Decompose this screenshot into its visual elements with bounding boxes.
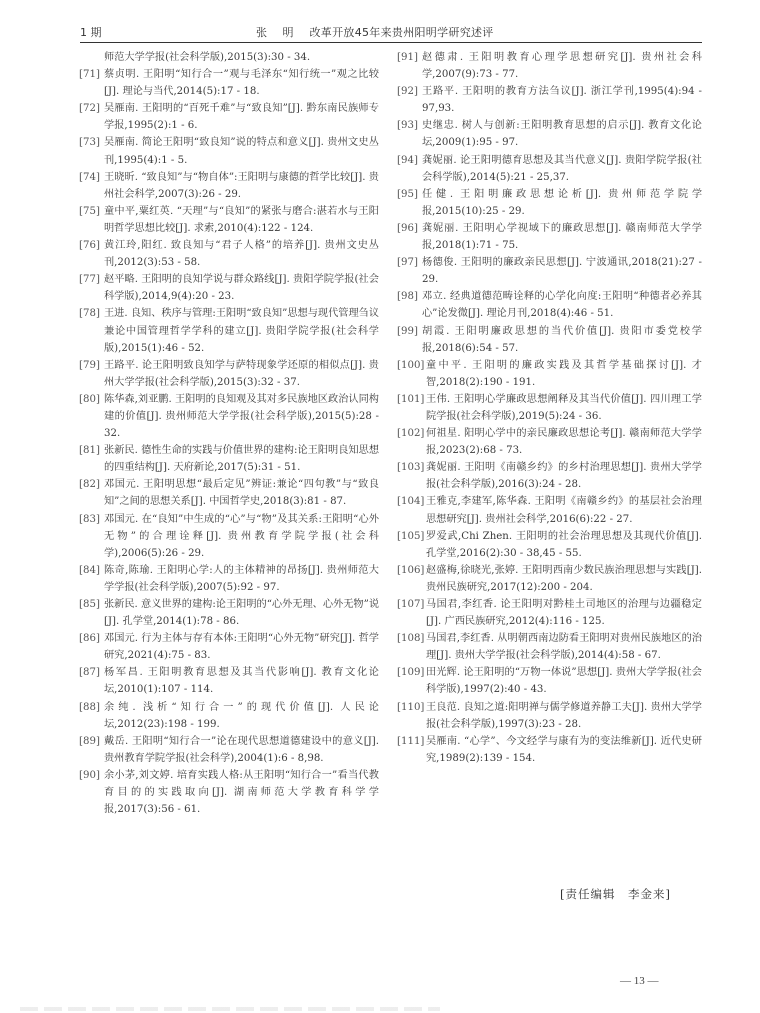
reference-text: 王路平. 王阳明的教育方法刍议[J]. 浙江学刊,1995(4):94 - 97… — [422, 86, 702, 114]
running-header: 1 期 张 明改革开放45年来贵州阳明学研究述评 — [80, 20, 702, 43]
reference-text: 龚妮丽. 王阳明心学视域下的廉政思想[J]. 赣南师范大学学报,2018(1):… — [422, 223, 702, 251]
reference-item: [71]蔡贞明. 王阳明“知行合一”观与毛泽东“知行统一”观之比较[J]. 理论… — [79, 66, 379, 100]
reference-number: [103] — [397, 459, 424, 476]
reference-number: [97] — [397, 254, 418, 271]
reference-text: 余小茅,刘文婷. 培育实践人格:从王阳明“知行合一”看当代教育目的的实践取向[J… — [104, 770, 379, 815]
reference-number: [89] — [79, 733, 100, 750]
reference-number: [110] — [397, 699, 424, 716]
reference-item: [91]赵德肃. 王阳明教育心理学思想研究[J]. 贵州社会科学,2007(9)… — [397, 49, 702, 83]
issue-label: 1 期 — [80, 24, 102, 40]
reference-item: [98]邓立. 经典道德范畴诠释的心学化向度:王阳明“种德者必养其心”论发微[J… — [397, 288, 702, 322]
reference-text: 戴岳. 王阳明“知行合一”论在现代思想道德建设中的意义[J]. 贵州教育学院学报… — [104, 736, 379, 764]
reference-number: [74] — [79, 169, 100, 186]
reference-text: 邓国元. 行为主体与存有本体:王阳明“心外无物”研究[J]. 哲学研究,2021… — [104, 633, 379, 661]
reference-text: 赵盛梅,徐晓光,张婷. 王阳明西南少数民族治理思想与实践[J]. 贵州民族研究,… — [426, 565, 702, 593]
reference-item: [111]吴雁南. “心学”、今文经学与康有为的变法维新[J]. 近代史研究,1… — [397, 733, 702, 767]
reference-text: 邓国元. 王阳明思想“最后定见”辨证:兼论“四句教”与“致良知”之间的思想关系[… — [104, 479, 379, 507]
reference-number: [78] — [79, 305, 100, 322]
reference-number: [81] — [79, 442, 100, 459]
reference-number: [92] — [397, 83, 418, 100]
reference-number: [99] — [397, 323, 418, 340]
reference-item: [96]龚妮丽. 王阳明心学视域下的廉政思想[J]. 赣南师范大学学报,2018… — [397, 220, 702, 254]
reference-item: [75]童中平,粟红英. “天理”与“良知”的紧张与磨合:湛若水与王阳明哲学思想… — [79, 203, 379, 237]
reference-number: [104] — [397, 493, 424, 510]
reference-item: [101]王伟. 王阳明心学廉政思想阐释及其当代价值[J]. 四川理工学院学报(… — [397, 391, 702, 425]
reference-number: [88] — [79, 699, 100, 716]
reference-number: [83] — [79, 511, 100, 528]
reference-item: [72]吴雁南. 王阳明的“百死千难”与“致良知”[J]. 黔东南民族师专学报,… — [79, 100, 379, 134]
reference-item: [83]邓国元. 在“良知”中生成的“心”与“物”及其关系:王阳明“心外无物”的… — [79, 511, 379, 562]
reference-text: 田光辉. 论王阳明的“万物一体说”思想[J]. 贵州大学学报(社会科学版),19… — [426, 667, 702, 695]
reference-item: [95]任健. 王阳明廉政思想论析[J]. 贵州师范学院学报,2015(10):… — [397, 186, 702, 220]
references-right-column: [91]赵德肃. 王阳明教育心理学思想研究[J]. 贵州社会科学,2007(9)… — [397, 49, 702, 767]
reference-text: 龚妮丽. 王阳明《南赣乡约》的乡村治理思想[J]. 贵州大学学报(社会科学版),… — [426, 462, 702, 490]
reference-number: [75] — [79, 203, 100, 220]
reference-text: 童中平. 王阳明的廉政实践及其哲学基础探讨[J]. 才智,2018(2):190… — [426, 360, 702, 388]
reference-number: [94] — [397, 152, 418, 169]
page-number: — 13 — — [620, 975, 659, 987]
reference-text: 赵平略. 王阳明的良知学说与群众路线[J]. 贵阳学院学报(社会科学版),201… — [104, 274, 379, 302]
reference-text: 王路平. 论王阳明致良知学与萨特现象学还原的相似点[J]. 贵州大学学报(社会科… — [104, 360, 379, 388]
reference-number: [73] — [79, 134, 100, 151]
reference-item: [109]田光辉. 论王阳明的“万物一体说”思想[J]. 贵州大学学报(社会科学… — [397, 664, 702, 698]
reference-continuation: 师范大学学报(社会科学版),2015(3):30 - 34. — [79, 49, 379, 66]
reference-number: [102] — [397, 425, 424, 442]
reference-item: [97]杨德俊. 王阳明的廉政亲民思想[J]. 宁波通讯,2018(21):27… — [397, 254, 702, 288]
reference-number: [105] — [397, 528, 424, 545]
reference-number: [100] — [397, 357, 424, 374]
reference-number: [98] — [397, 288, 418, 305]
reference-item: [86]邓国元. 行为主体与存有本体:王阳明“心外无物”研究[J]. 哲学研究,… — [79, 630, 379, 664]
references-left-column: 师范大学学报(社会科学版),2015(3):30 - 34. [71]蔡贞明. … — [79, 49, 379, 818]
reference-item: [90]余小茅,刘文婷. 培育实践人格:从王阳明“知行合一”看当代教育目的的实践… — [79, 767, 379, 818]
reference-number: [106] — [397, 562, 424, 579]
reference-text: 陈华森,刘亚鹏. 王阳明的良知观及其对多民族地区政治认同构建的价值[J]. 贵州… — [104, 394, 379, 439]
reference-text: 陈奇,陈瑜. 王阳明心学:人的主体精神的昂扬[J]. 贵州师范大学学报(社会科学… — [104, 565, 379, 593]
reference-number: [108] — [397, 630, 424, 647]
reference-item: [80]陈华森,刘亚鹏. 王阳明的良知观及其对多民族地区政治认同构建的价值[J]… — [79, 391, 379, 442]
reference-text: 蔡贞明. 王阳明“知行合一”观与毛泽东“知行统一”观之比较[J]. 理论与当代,… — [104, 69, 379, 97]
reference-text: 童中平,粟红英. “天理”与“良知”的紧张与磨合:湛若水与王阳明哲学思想比较[J… — [104, 206, 379, 234]
reference-number: [95] — [397, 186, 418, 203]
reference-text: 余纯. 浅析“知行合一”的现代价值[J]. 人民论坛,2012(23):198 … — [104, 702, 379, 730]
reference-text: 邓国元. 在“良知”中生成的“心”与“物”及其关系:王阳明“心外无物”的合理诠释… — [104, 514, 379, 559]
reference-text: 杨军昌. 王阳明教育思想及其当代影响[J]. 教育文化论坛,2010(1):10… — [104, 667, 379, 695]
article-title: 改革开放45年来贵州阳明学研究述评 — [310, 26, 494, 39]
reference-list-left: [71]蔡贞明. 王阳明“知行合一”观与毛泽东“知行统一”观之比较[J]. 理论… — [79, 66, 379, 818]
reference-item: [108]马国君,李红香. 从明朝西南边防看王阳明对贵州民族地区的治理[J]. … — [397, 630, 702, 664]
reference-text: 吴雁南. 简论王阳明“致良知”说的特点和意义[J]. 贵州文史丛刊,1995(4… — [104, 137, 379, 165]
reference-text: 任健. 王阳明廉政思想论析[J]. 贵州师范学院学报,2015(10):25 -… — [422, 189, 702, 217]
reference-text: 胡霞. 王阳明廉政思想的当代价值[J]. 贵阳市委党校学报,2018(6):54… — [422, 326, 702, 354]
reference-item: [100]童中平. 王阳明的廉政实践及其哲学基础探讨[J]. 才智,2018(2… — [397, 357, 702, 391]
reference-text: 马国君,李红香. 论王阳明对黔桂土司地区的治理与边疆稳定[J]. 广西民族研究,… — [426, 599, 702, 627]
reference-number: [86] — [79, 630, 100, 647]
reference-number: [84] — [79, 562, 100, 579]
reference-item: [84]陈奇,陈瑜. 王阳明心学:人的主体精神的昂扬[J]. 贵州师范大学学报(… — [79, 562, 379, 596]
reference-item: [93]史继忠. 树人与创新:王阳明教育思想的启示[J]. 教育文化论坛,200… — [397, 117, 702, 151]
reference-item: [107]马国君,李红香. 论王阳明对黔桂土司地区的治理与边疆稳定[J]. 广西… — [397, 596, 702, 630]
reference-item: [74]王晓昕. “致良知”与“物自体”:王阳明与康德的哲学比较[J]. 贵州社… — [79, 169, 379, 203]
reference-text: 龚妮丽. 论王阳明德育思想及其当代意义[J]. 贵阳学院学报(社会科学版),20… — [422, 155, 702, 183]
reference-number: [71] — [79, 66, 100, 83]
reference-number: [101] — [397, 391, 424, 408]
reference-number: [77] — [79, 271, 100, 288]
reference-number: [107] — [397, 596, 424, 613]
reference-text: 王良范. 良知之道:阳明禅与儒学修道养静工夫[J]. 贵州大学学报(社会科学版)… — [426, 702, 702, 730]
reference-item: [79]王路平. 论王阳明致良知学与萨特现象学还原的相似点[J]. 贵州大学学报… — [79, 357, 379, 391]
reference-number: [90] — [79, 767, 100, 784]
reference-text: 王晓昕. “致良知”与“物自体”:王阳明与康德的哲学比较[J]. 贵州社会科学,… — [104, 172, 379, 200]
reference-item: [99]胡霞. 王阳明廉政思想的当代价值[J]. 贵阳市委党校学报,2018(6… — [397, 323, 702, 357]
reference-item: [85]张新民. 意义世界的建构:论王阳明的“心外无理、心外无物”说[J]. 孔… — [79, 596, 379, 630]
reference-text: 何祖星. 阳明心学中的亲民廉政思想论考[J]. 赣南师范大学学报,2023(2)… — [426, 428, 702, 456]
reference-text: 罗爱武,Chi Zhen. 王阳明的社会治理思想及其现代价值[J]. 孔学堂,2… — [426, 531, 702, 559]
reference-number: [87] — [79, 664, 100, 681]
reference-text: 邓立. 经典道德范畴诠释的心学化向度:王阳明“种德者必养其心”论发微[J]. 理… — [422, 291, 702, 319]
reference-item: [110]王良范. 良知之道:阳明禅与儒学修道养静工夫[J]. 贵州大学学报(社… — [397, 699, 702, 733]
reference-text: 黄江玲,阳红. 致良知与“君子人格”的培养[J]. 贵州文史丛刊,2012(3)… — [104, 240, 379, 268]
footer-strip — [20, 1007, 440, 1011]
reference-number: [76] — [79, 237, 100, 254]
reference-item: [88]余纯. 浅析“知行合一”的现代价值[J]. 人民论坛,2012(23):… — [79, 699, 379, 733]
reference-number: [96] — [397, 220, 418, 237]
reference-text: 王伟. 王阳明心学廉政思想阐释及其当代价值[J]. 四川理工学院学报(社会科学版… — [426, 394, 702, 422]
reference-text: 王进. 良知、秩序与管理:王阳明“致良知”思想与现代管理刍议兼论中国管理哲学学科… — [104, 308, 379, 353]
reference-item: [78]王进. 良知、秩序与管理:王阳明“致良知”思想与现代管理刍议兼论中国管理… — [79, 305, 379, 356]
reference-item: [89]戴岳. 王阳明“知行合一”论在现代思想道德建设中的意义[J]. 贵州教育… — [79, 733, 379, 767]
reference-text: 杨德俊. 王阳明的廉政亲民思想[J]. 宁波通讯,2018(21):27 - 2… — [422, 257, 702, 285]
reference-text: 赵德肃. 王阳明教育心理学思想研究[J]. 贵州社会科学,2007(9):73 … — [422, 52, 702, 80]
reference-item: [82]邓国元. 王阳明思想“最后定见”辨证:兼论“四句教”与“致良知”之间的思… — [79, 476, 379, 510]
reference-text: 吴雁南. “心学”、今文经学与康有为的变法维新[J]. 近代史研究,1989(2… — [426, 736, 702, 764]
reference-text: 吴雁南. 王阳明的“百死千难”与“致良知”[J]. 黔东南民族师专学报,1995… — [104, 103, 379, 131]
reference-text: 张新民. 德性生命的实践与价值世界的建构:论王阳明良知思想的四重结构[J]. 天… — [104, 445, 379, 473]
reference-number: [91] — [397, 49, 418, 66]
reference-number: [109] — [397, 664, 424, 681]
author-name: 张 明 — [256, 26, 300, 39]
reference-text: 张新民. 意义世界的建构:论王阳明的“心外无理、心外无物”说[J]. 孔学堂,2… — [104, 599, 379, 627]
reference-text: 王雅克,李建军,陈华森. 王阳明《南赣乡约》的基层社会治理思想研究[J]. 贵州… — [426, 496, 702, 524]
reference-text: 马国君,李红香. 从明朝西南边防看王阳明对贵州民族地区的治理[J]. 贵州大学学… — [426, 633, 702, 661]
reference-item: [81]张新民. 德性生命的实践与价值世界的建构:论王阳明良知思想的四重结构[J… — [79, 442, 379, 476]
reference-item: [77]赵平略. 王阳明的良知学说与群众路线[J]. 贵阳学院学报(社会科学版)… — [79, 271, 379, 305]
reference-text: 史继忠. 树人与创新:王阳明教育思想的启示[J]. 教育文化论坛,2009(1)… — [422, 120, 702, 148]
reference-item: [104]王雅克,李建军,陈华森. 王阳明《南赣乡约》的基层社会治理思想研究[J… — [397, 493, 702, 527]
reference-number: [80] — [79, 391, 100, 408]
reference-item: [73]吴雁南. 简论王阳明“致良知”说的特点和意义[J]. 贵州文史丛刊,19… — [79, 134, 379, 168]
reference-item: [105]罗爱武,Chi Zhen. 王阳明的社会治理思想及其现代价值[J]. … — [397, 528, 702, 562]
reference-number: [111] — [397, 733, 424, 750]
reference-number: [85] — [79, 596, 100, 613]
reference-item: [94]龚妮丽. 论王阳明德育思想及其当代意义[J]. 贵阳学院学报(社会科学版… — [397, 152, 702, 186]
running-title: 张 明改革开放45年来贵州阳明学研究述评 — [256, 24, 494, 40]
reference-item: [92]王路平. 王阳明的教育方法刍议[J]. 浙江学刊,1995(4):94 … — [397, 83, 702, 117]
reference-item: [106]赵盛梅,徐晓光,张婷. 王阳明西南少数民族治理思想与实践[J]. 贵州… — [397, 562, 702, 596]
reference-number: [79] — [79, 357, 100, 374]
responsible-editor: [责任编辑 李金来] — [560, 886, 671, 902]
reference-number: [93] — [397, 117, 418, 134]
reference-item: [102]何祖星. 阳明心学中的亲民廉政思想论考[J]. 赣南师范大学学报,20… — [397, 425, 702, 459]
reference-number: [72] — [79, 100, 100, 117]
reference-item: [87]杨军昌. 王阳明教育思想及其当代影响[J]. 教育文化论坛,2010(1… — [79, 664, 379, 698]
reference-number: [82] — [79, 476, 100, 493]
reference-item: [103]龚妮丽. 王阳明《南赣乡约》的乡村治理思想[J]. 贵州大学学报(社会… — [397, 459, 702, 493]
reference-item: [76]黄江玲,阳红. 致良知与“君子人格”的培养[J]. 贵州文史丛刊,201… — [79, 237, 379, 271]
reference-list-right: [91]赵德肃. 王阳明教育心理学思想研究[J]. 贵州社会科学,2007(9)… — [397, 49, 702, 767]
